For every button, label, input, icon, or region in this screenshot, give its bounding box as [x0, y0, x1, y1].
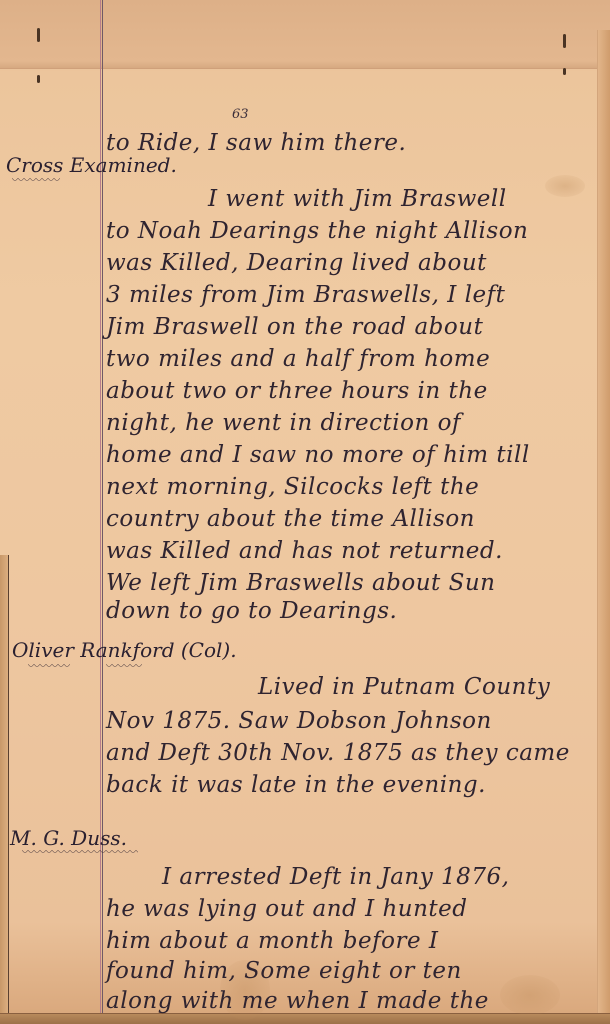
page-left-edge [0, 555, 9, 1015]
page-bottom-edge [0, 1013, 610, 1024]
text-line: I went with Jim Braswell [208, 188, 507, 211]
binding-hole [563, 34, 566, 48]
binding-hole [37, 75, 40, 83]
folded-top-margin [0, 0, 610, 69]
text-line: to Noah Dearings the night Allison [106, 220, 528, 243]
text-line: to Ride, I saw him there. [106, 132, 406, 155]
margin-label-cross-examined: Cross Examined. [6, 155, 177, 175]
text-line: along with me when I made the [106, 990, 489, 1013]
text-line: down to go to Dearings. [106, 600, 397, 623]
text-line: next morning, Silcocks left the [106, 476, 479, 499]
page-number: 63 [232, 107, 249, 122]
label-underline [28, 664, 70, 670]
text-line: he was lying out and I hunted [106, 898, 468, 921]
text-line: country about the time Allison [106, 508, 475, 531]
text-line: I arrested Deft in Jany 1876, [162, 866, 509, 889]
label-underline [22, 850, 138, 856]
page-right-edge [597, 30, 610, 1020]
text-line: Lived in Putnam County [258, 676, 550, 699]
text-line: We left Jim Braswells about Sun [106, 572, 496, 595]
text-line: back it was late in the evening. [106, 774, 486, 797]
label-underline [12, 178, 60, 184]
text-line: and Deft 30th Nov. 1875 as they came [106, 742, 570, 765]
margin-label-oliver-rankford: Oliver Rankford (Col). [12, 640, 237, 660]
ledger-page: 63 to Ride, I saw him there. Cross Exami… [0, 0, 610, 1024]
label-underline [106, 664, 142, 670]
text-line: was Killed, Dearing lived about [106, 252, 487, 275]
binding-hole [37, 28, 40, 42]
paper-stain [500, 975, 560, 1015]
text-line: night, he went in direction of [106, 412, 461, 435]
margin-label-m-g-duss: M. G. Duss. [10, 828, 127, 848]
text-line: 3 miles from Jim Braswells, I left [106, 284, 505, 307]
text-line: two miles and a half from home [106, 348, 490, 371]
text-line: home and I saw no more of him till [106, 444, 530, 467]
text-line: Jim Braswell on the road about [106, 316, 483, 339]
text-line: Nov 1875. Saw Dobson Johnson [106, 710, 492, 733]
text-line: was Killed and has not returned. [106, 540, 503, 563]
paper-stain [545, 175, 585, 197]
text-line: found him, Some eight or ten [106, 960, 462, 983]
text-line: about two or three hours in the [106, 380, 488, 403]
text-line: him about a month before I [106, 930, 439, 953]
binding-hole [563, 68, 566, 75]
